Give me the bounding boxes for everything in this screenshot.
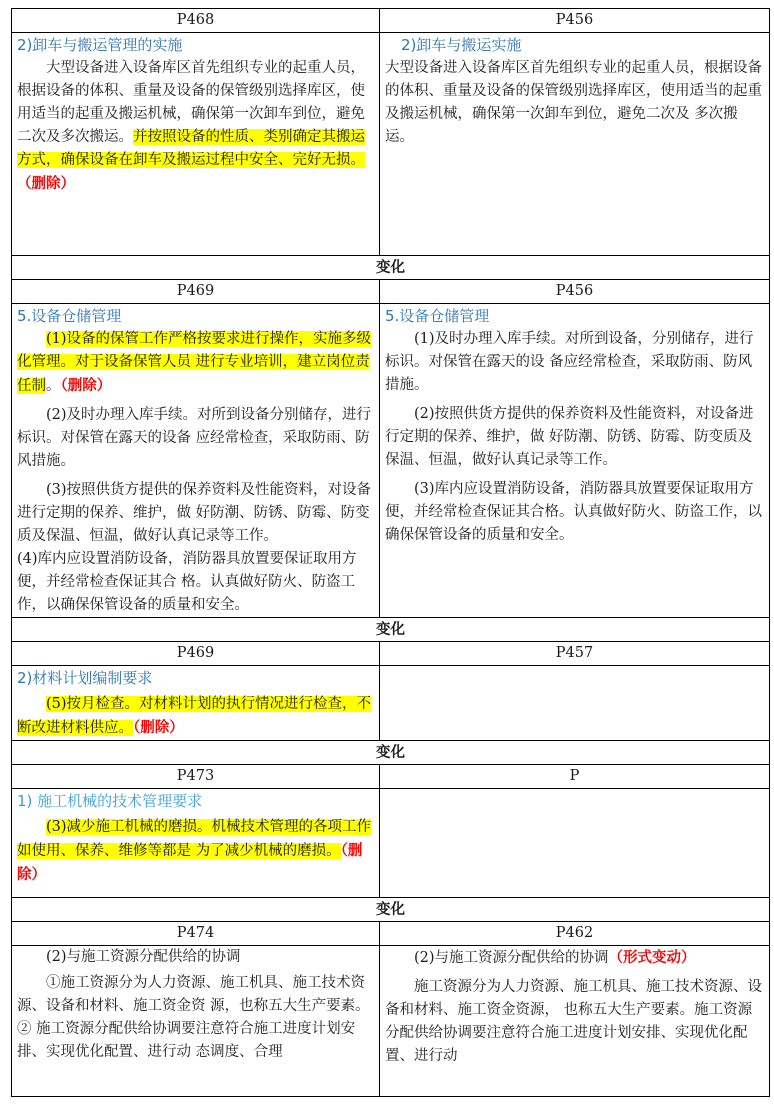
paragraph: (3)库内应设置消防设备，消防器具放置要保证取用方便，并经常检查保证其合格。认真… bbox=[385, 478, 764, 547]
change-label: 变化 bbox=[12, 256, 770, 280]
paragraph: (2)与施工资源分配供给的协调 bbox=[17, 946, 374, 969]
right-content-cell bbox=[380, 789, 770, 898]
paragraph: (2)及时办理入库手续。对所到设备分别储存，进行标识。对保管在露天的设备 应经常… bbox=[17, 404, 374, 473]
body-text: 。 bbox=[46, 378, 61, 394]
paragraph: (2)按照供货方提供的保养资料及性能资料，对设备进行定期的保养、维护，做 好防潮… bbox=[385, 403, 764, 472]
right-page-number: P bbox=[380, 765, 770, 789]
change-row: 变化 bbox=[12, 618, 770, 642]
section-heading: 5.设备仓储管理 bbox=[385, 304, 764, 328]
content-row: 5.设备仓储管理 (1)设备的保管工作严格按要求进行操作，实施多级化管理。对于设… bbox=[12, 304, 770, 618]
left-page-number: P473 bbox=[12, 765, 380, 789]
paragraph: (3)减少施工机械的磨损。机械技术管理的各项工作如使用、保养、维修等都是 为了减… bbox=[17, 816, 374, 887]
paragraph: (1)及时办理入库手续。对所到设备，分别储存，进行标识。对保管在露天的设 备应经… bbox=[385, 328, 764, 397]
delete-note: （删除） bbox=[61, 377, 112, 394]
content-row: (2)与施工资源分配供给的协调 ①施工资源分为人力资源、施工机具、施工技术资源、… bbox=[12, 946, 770, 1097]
format-change-note: （形式变动） bbox=[609, 949, 696, 966]
paragraph: ①施工资源分为人力资源、施工机具、施工技术资源、设备和材料、施工资金资 源，也称… bbox=[17, 972, 374, 1018]
page-header-row: P469 P456 bbox=[12, 280, 770, 304]
right-page-number: P457 bbox=[380, 642, 770, 666]
left-content-cell: (2)与施工资源分配供给的协调 ①施工资源分为人力资源、施工机具、施工技术资源、… bbox=[12, 946, 380, 1097]
change-label: 变化 bbox=[12, 898, 770, 922]
paragraph: (4)库内应设置消防设备，消防器具放置要保证取用方便，并经常检查保证其合 格。认… bbox=[17, 548, 374, 617]
change-row: 变化 bbox=[12, 256, 770, 280]
comparison-table: P468 P456 2)卸车与搬运管理的实施 大型设备进入设备库区首先组织专业的… bbox=[11, 8, 770, 1097]
highlighted-deleted-text: (3)减少施工机械的磨损。机械技术管理的各项工作如使用、保养、维修等都是 为了减… bbox=[17, 819, 371, 859]
right-page-number: P456 bbox=[380, 9, 770, 33]
page-header-row: P469 P457 bbox=[12, 642, 770, 666]
paragraph: (3)按照供货方提供的保养资料及性能资料，对设备进行定期的保养、维护，做 好防潮… bbox=[17, 479, 374, 548]
page-header-row: P473 P bbox=[12, 765, 770, 789]
left-content-cell: 2)材料计划编制要求 (5)按月检查。对材料计划的执行情况进行检查，不断改进材料… bbox=[12, 666, 380, 741]
page-header-row: P474 P462 bbox=[12, 922, 770, 946]
section-heading: 5.设备仓储管理 bbox=[17, 304, 374, 328]
paragraph: 大型设备进入设备库区首先组织专业的起重人员，根据设备的体积、重量及设备的保管级别… bbox=[385, 57, 764, 149]
left-page-number: P469 bbox=[12, 642, 380, 666]
content-row: 1) 施工机械的技术管理要求 (3)减少施工机械的磨损。机械技术管理的各项工作如… bbox=[12, 789, 770, 898]
delete-note: （删除） bbox=[17, 175, 75, 192]
paragraph: 施工资源分为人力资源、施工机具、施工技术资源、设备和材料、施工资金资源， 也称五… bbox=[385, 976, 764, 1068]
right-content-cell bbox=[380, 666, 770, 741]
change-row: 变化 bbox=[12, 741, 770, 765]
left-page-number: P468 bbox=[12, 9, 380, 33]
section-heading: 2)材料计划编制要求 bbox=[17, 666, 374, 690]
paragraph: ② 施工资源分配供给协调要注意符合施工进度计划安排、实现优化配置、进行动 态调度… bbox=[17, 1018, 374, 1064]
paragraph: (2)与施工资源分配供给的协调（形式变动） bbox=[385, 946, 764, 970]
content-row: 2)卸车与搬运管理的实施 大型设备进入设备库区首先组织专业的起重人员，根据设备的… bbox=[12, 33, 770, 256]
page-header-row: P468 P456 bbox=[12, 9, 770, 33]
paragraph: 大型设备进入设备库区首先组织专业的起重人员，根据设备的体积、重量及设备的保管级别… bbox=[17, 57, 374, 196]
left-page-number: P474 bbox=[12, 922, 380, 946]
highlighted-deleted-text: (5)按月检查。对材料计划的执行情况进行检查，不断改进材料供应。 bbox=[17, 696, 371, 736]
body-text: (2)与施工资源分配供给的协调 bbox=[414, 950, 609, 966]
section-heading: 2)卸车与搬运实施 bbox=[385, 33, 764, 57]
paragraph: (1)设备的保管工作严格按要求进行操作，实施多级化管理。对于设备保管人员 进行专… bbox=[17, 328, 374, 398]
section-heading: 2)卸车与搬运管理的实施 bbox=[17, 33, 374, 57]
right-page-number: P462 bbox=[380, 922, 770, 946]
left-content-cell: 2)卸车与搬运管理的实施 大型设备进入设备库区首先组织专业的起重人员，根据设备的… bbox=[12, 33, 380, 256]
content-row: 2)材料计划编制要求 (5)按月检查。对材料计划的执行情况进行检查，不断改进材料… bbox=[12, 666, 770, 741]
left-content-cell: 1) 施工机械的技术管理要求 (3)减少施工机械的磨损。机械技术管理的各项工作如… bbox=[12, 789, 380, 898]
left-page-number: P469 bbox=[12, 280, 380, 304]
right-content-cell: 5.设备仓储管理 (1)及时办理入库手续。对所到设备，分别储存，进行标识。对保管… bbox=[380, 304, 770, 618]
right-page-number: P456 bbox=[380, 280, 770, 304]
section-heading: 1) 施工机械的技术管理要求 bbox=[17, 789, 374, 813]
left-content-cell: 5.设备仓储管理 (1)设备的保管工作严格按要求进行操作，实施多级化管理。对于设… bbox=[12, 304, 380, 618]
delete-note: （删除） bbox=[133, 719, 184, 736]
change-row: 变化 bbox=[12, 898, 770, 922]
change-label: 变化 bbox=[12, 741, 770, 765]
paragraph: (5)按月检查。对材料计划的执行情况进行检查，不断改进材料供应。（删除） bbox=[17, 693, 374, 740]
change-label: 变化 bbox=[12, 618, 770, 642]
right-content-cell: 2)卸车与搬运实施 大型设备进入设备库区首先组织专业的起重人员，根据设备的体积、… bbox=[380, 33, 770, 256]
right-content-cell: (2)与施工资源分配供给的协调（形式变动） 施工资源分为人力资源、施工机具、施工… bbox=[380, 946, 770, 1097]
